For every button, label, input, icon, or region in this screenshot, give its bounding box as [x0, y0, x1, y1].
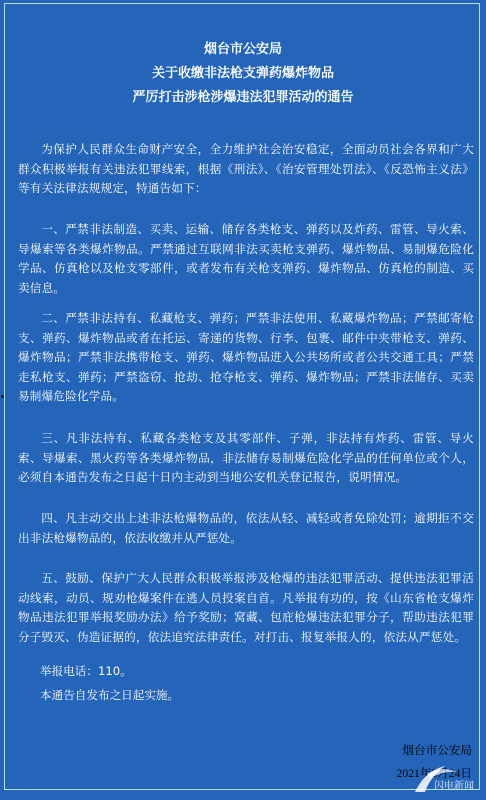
- edge-marker: [1, 395, 4, 398]
- notice-title-block: 烟台市公安局 关于收缴非法枪支弹药爆炸物品 严厉打击涉枪涉爆违法犯罪活动的通告: [18, 38, 468, 110]
- hotline-text: 举报电话：110。: [40, 661, 132, 681]
- title-line-2: 严厉打击涉枪涉爆违法犯罪活动的通告: [18, 86, 468, 110]
- section-1: 一、严禁非法制造、买卖、运输、储存各类枪支、弹药以及炸药、雷管、导火索、导爆索等…: [18, 220, 474, 298]
- signature-issuer: 烟台市公安局: [402, 742, 472, 758]
- issuer-heading: 烟台市公安局: [18, 38, 468, 62]
- section-4: 四、凡主动交出上述非法枪爆物品的，依法从轻、减轻或者免除处罚；逾期拒不交出非法枪…: [18, 509, 474, 548]
- watermark-text: 闪电新闻: [434, 777, 474, 792]
- notice-page: 烟台市公安局 关于收缴非法枪支弹药爆炸物品 严厉打击涉枪涉爆违法犯罪活动的通告 …: [0, 0, 486, 800]
- section-5: 五、鼓励、保护广大人民群众积极举报涉及枪爆的违法犯罪活动、提供违法犯罪活动线索，…: [18, 569, 474, 647]
- title-line-1: 关于收缴非法枪支弹药爆炸物品: [18, 62, 468, 86]
- section-3: 三、凡非法持有、私藏各类枪支及其零部件、子弹，非法持有炸药、雷管、导火索、导爆索…: [18, 429, 474, 488]
- intro-paragraph: 为保护人民群众生命财产安全，全力维护社会治安稳定，全面动员社会各界和广大群众积极…: [18, 140, 474, 199]
- effective-text: 本通告自发布之日起实施。: [40, 685, 179, 705]
- section-2: 二、严禁非法持有、私藏枪支、弹药；严禁非法使用、私藏爆炸物品；严禁邮寄枪支、弹药…: [18, 309, 474, 407]
